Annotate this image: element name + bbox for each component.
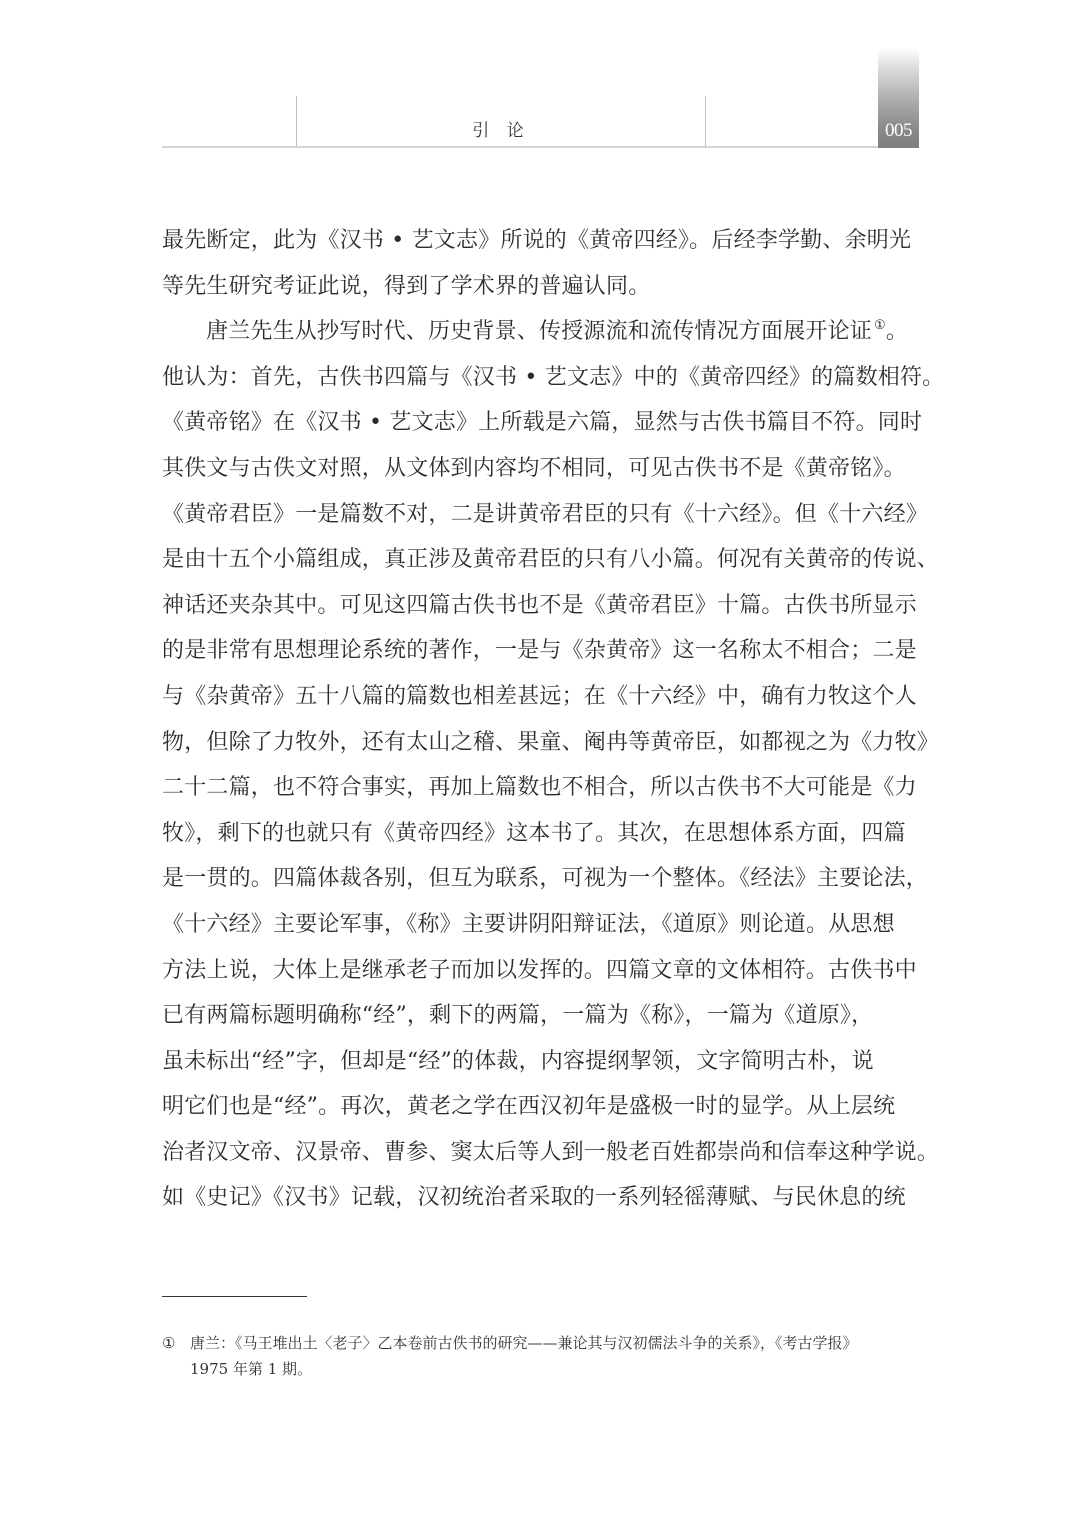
- text-line: 二十二篇，也不符合事实，再加上篇数也不相合，所以古佚书不大可能是《力: [162, 765, 920, 811]
- text-line: 明它们也是“经”。再次，黄老之学在西汉初年是盛极一时的显学。从上层统: [162, 1084, 920, 1130]
- page-number-tab: 005: [878, 48, 919, 148]
- footnote-reference[interactable]: ①: [874, 318, 886, 333]
- text-line: 《黄帝君臣》一是篇数不对，二是讲黄帝君臣的只有《十六经》。但《十六经》: [162, 492, 920, 538]
- text-line-tail: 。: [886, 319, 908, 344]
- footnote-text: 唐兰：《马王堆出土〈老子〉乙本卷前古佚书的研究——兼论其与汉初儒法斗争的关系》，…: [190, 1334, 858, 1352]
- footnote: ①唐兰：《马王堆出土〈老子〉乙本卷前古佚书的研究——兼论其与汉初儒法斗争的关系》…: [162, 1330, 922, 1382]
- header-rule: [162, 146, 880, 148]
- text-line: 《十六经》主要论军事，《称》主要讲阴阳辩证法，《道原》则论道。从思想: [162, 902, 920, 948]
- page-number: 005: [878, 120, 919, 142]
- text-line: 治者汉文帝、汉景帝、曹参、窦太后等人到一般老百姓都崇尚和信奉这种学说。: [162, 1130, 920, 1176]
- page-header: 引 论 005: [0, 0, 1080, 160]
- text-line: 《黄帝铭》在《汉书 • 艺文志》上所载是六篇，显然与古佚书篇目不符。同时: [162, 400, 920, 446]
- text-line: 是由十五个小篇组成，真正涉及黄帝君臣的只有八小篇。何况有关黄帝的传说、: [162, 537, 920, 583]
- footnote-separator: [162, 1296, 307, 1297]
- text-line: 与《杂黄帝》五十八篇的篇数也相差甚远；在《十六经》中，确有力牧这个人: [162, 674, 920, 720]
- text-line: 的是非常有思想理论系统的著作，一是与《杂黄帝》这一名称太不相合；二是: [162, 628, 920, 674]
- text-line: 方法上说，大体上是继承老子而加以发挥的。四篇文章的文体相符。古佚书中: [162, 948, 920, 994]
- text-line: 其佚文与古佚文对照，从文体到内容均不相同，可见古佚书不是《黄帝铭》。: [162, 446, 920, 492]
- footnote-line-1: ①唐兰：《马王堆出土〈老子〉乙本卷前古佚书的研究——兼论其与汉初儒法斗争的关系》…: [162, 1330, 922, 1356]
- footnote-marker: ①: [162, 1330, 190, 1356]
- text-line: 虽未标出“经”字，但却是“经”的体裁，内容提纲挈领，文字简明古朴，说: [162, 1039, 920, 1085]
- header-divider-right: [705, 96, 706, 148]
- text-line: 如《史记》《汉书》记载，汉初统治者采取的一系列轻徭薄赋、与民休息的统: [162, 1175, 920, 1221]
- text-line: 牧》，剩下的也就只有《黄帝四经》这本书了。其次，在思想体系方面，四篇: [162, 811, 920, 857]
- text-line-content: 唐兰先生从抄写时代、历史背景、传授源流和流传情况方面展开论证: [206, 319, 872, 344]
- text-line: 等先生研究考证此说，得到了学术界的普遍认同。: [162, 264, 920, 310]
- text-line: 他认为：首先，古佚书四篇与《汉书 • 艺文志》中的《黄帝四经》的篇数相符。: [162, 355, 920, 401]
- text-line: 是一贯的。四篇体裁各别，但互为联系，可视为一个整体。《经法》主要论法，: [162, 856, 920, 902]
- text-line: 物，但除了力牧外，还有太山之稽、果童、阉冉等黄帝臣，如都视之为《力牧》: [162, 720, 920, 766]
- text-line: 最先断定，此为《汉书 • 艺文志》所说的《黄帝四经》。后经李学勤、余明光: [162, 218, 920, 264]
- body-text: 最先断定，此为《汉书 • 艺文志》所说的《黄帝四经》。后经李学勤、余明光 等先生…: [162, 218, 920, 1221]
- text-line: 神话还夹杂其中。可见这四篇古佚书也不是《黄帝君臣》十篇。古佚书所显示: [162, 583, 920, 629]
- text-line-paragraph-start: 唐兰先生从抄写时代、历史背景、传授源流和流传情况方面展开论证①。: [162, 309, 920, 355]
- running-title: 引 论: [296, 116, 706, 141]
- footnote-line-2: 1975 年第 1 期。: [162, 1356, 922, 1382]
- text-line: 已有两篇标题明确称“经”，剩下的两篇，一篇为《称》，一篇为《道原》，: [162, 993, 920, 1039]
